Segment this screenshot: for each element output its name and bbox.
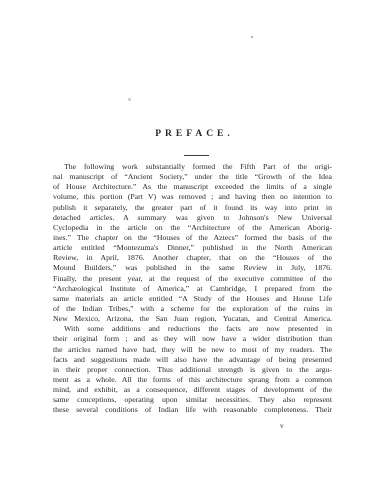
text-line: publish it separately, the greater part … [53,203,332,213]
text-line: mind, and exhibit, as a consequence, dif… [53,385,332,395]
page-number: v [280,421,284,430]
text-line: Finally, the present year, at the reques… [53,274,332,284]
text-line: Mound Builders,” was published in the sa… [53,263,332,273]
text-line: Review, in April, 1876. Another chapter,… [53,253,332,263]
text-line: ment as a whole. All the forms of this a… [53,375,332,385]
text-line: volume, this portion (Part V) was remove… [53,192,332,202]
page-title: PREFACE. [0,129,385,140]
text-line: nal manuscript of “Ancient Society,” und… [53,172,332,182]
text-line: same materials an article entitled “A St… [53,294,332,304]
text-line: ines.” The chapter on the “Houses of the… [53,233,332,243]
text-line: of House Architecture.” As the manuscrip… [53,182,332,192]
paragraph: The following work substantially formed … [53,162,332,324]
text-line: New Mexico, Arizona, the San Juan region… [53,314,332,324]
text-line: these several conditions of Indian life … [53,405,332,415]
heading-divider-rule [184,155,209,156]
scan-artifact-speck [251,36,253,38]
text-line: their original form ; and as they will n… [53,334,332,344]
text-line: facts and suggestions made will also hav… [53,355,332,365]
book-page: PREFACE. The following work substantiall… [0,0,385,500]
text-line: The following work substantially formed … [53,162,332,172]
scan-artifact-speck [128,98,131,101]
text-line: same conceptions, operating upon similar… [53,395,332,405]
text-line: Cyclopedia in the article on the “Archit… [53,223,332,233]
text-line: of the Indian Tribes,” with a scheme for… [53,304,332,314]
text-line: in their proper connection. Thus additio… [53,365,332,375]
text-line: article entitled “Montezuma's Dinner,” p… [53,243,332,253]
preface-body: The following work substantially formed … [53,162,332,416]
text-line: detached articles. A summary was given t… [53,213,332,223]
text-line: With some additions and reductions the f… [53,324,332,334]
text-line: the articles named have had, they will b… [53,345,332,355]
text-line: “Archæological Institute of America,” at… [53,284,332,294]
paragraph: With some additions and reductions the f… [53,324,332,415]
